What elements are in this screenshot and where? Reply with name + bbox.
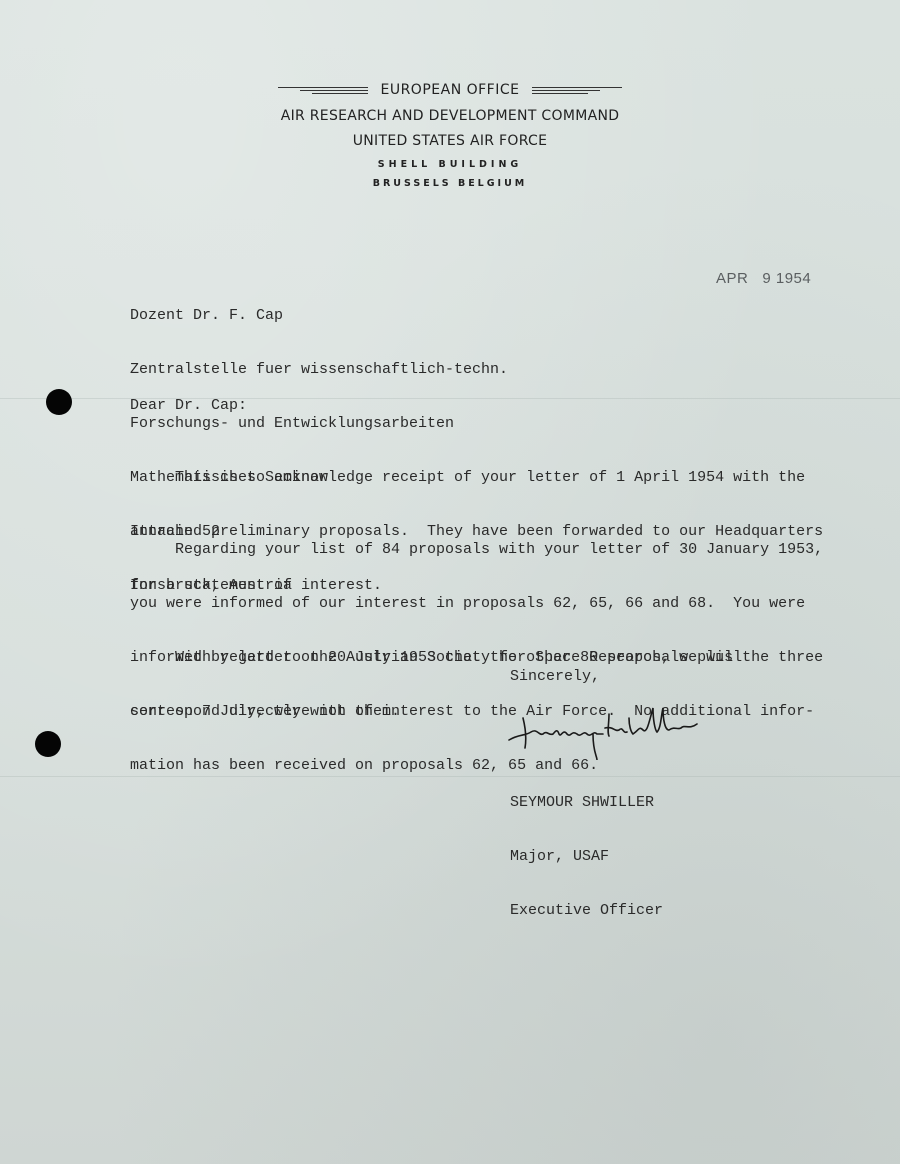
letterhead-office-line: EUROPEAN OFFICE: [0, 82, 900, 98]
punch-hole-upper: [46, 389, 72, 415]
date-stamp: APR 9 1954: [716, 270, 811, 287]
signature-rank: Major, USAF: [510, 848, 663, 866]
handwritten-signature: [505, 700, 705, 765]
closing: Sincerely,: [510, 668, 600, 686]
punch-hole-lower: [35, 731, 61, 757]
paragraph-line: Regarding your list of 84 proposals with…: [130, 541, 823, 559]
salutation: Dear Dr. Cap:: [130, 397, 247, 415]
paragraph-line: you were informed of our interest in pro…: [130, 595, 823, 613]
decorative-rule-right: [532, 86, 622, 95]
letterhead-building: SHELL BUILDING: [0, 159, 900, 170]
recipient-line: Dozent Dr. F. Cap: [130, 307, 508, 325]
recipient-line: Forschungs- und Entwicklungsarbeiten: [130, 415, 508, 433]
signature-title: Executive Officer: [510, 902, 663, 920]
decorative-rule-left: [278, 86, 368, 95]
recipient-line: Zentralstelle fuer wissenschaftlich-tech…: [130, 361, 508, 379]
letterhead-force: UNITED STATES AIR FORCE: [0, 133, 900, 149]
letterhead-office: EUROPEAN OFFICE: [380, 82, 519, 98]
signature-name: SEYMOUR SHWILLER: [510, 794, 663, 812]
paragraph-line: With regard to the Austrian Society for …: [130, 649, 742, 667]
signature-block: SEYMOUR SHWILLER Major, USAF Executive O…: [510, 758, 663, 938]
paragraph-line: mation has been received on proposals 62…: [130, 757, 823, 775]
paragraph-line: This is to acknowledge receipt of your l…: [130, 469, 823, 487]
letterhead-city: BRUSSELS BELGIUM: [0, 178, 900, 189]
letterhead-command: AIR RESEARCH AND DEVELOPMENT COMMAND: [0, 108, 900, 124]
